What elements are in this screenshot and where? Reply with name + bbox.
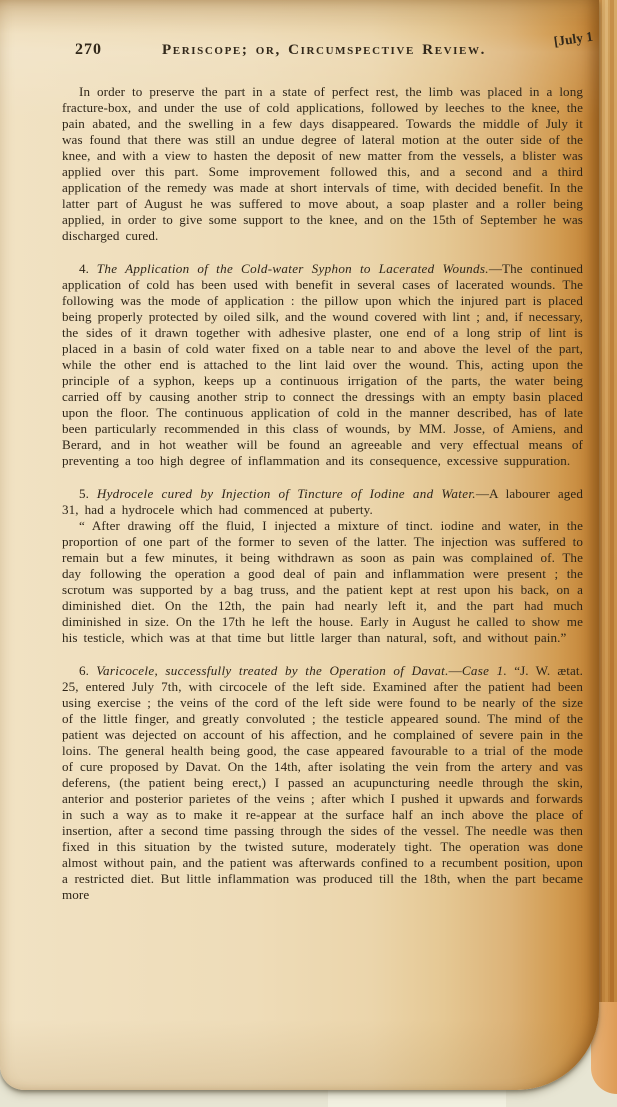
text-run: 5.: [79, 486, 97, 501]
section-title: Hydrocele cured by Injection of Tincture…: [97, 486, 476, 501]
text-run: In order to preserve the part in a state…: [62, 84, 583, 243]
paragraph: In order to preserve the part in a state…: [62, 84, 583, 244]
paragraph: “ After drawing off the fluid, I injecte…: [62, 518, 583, 646]
section-title: The Application of the Cold-water Syphon…: [97, 261, 489, 276]
page-header: 270 Periscope; or, Circumspective Review…: [62, 40, 586, 62]
paragraph: 5. Hydrocele cured by Injection of Tinct…: [62, 486, 583, 518]
body-text: In order to preserve the part in a state…: [62, 84, 583, 903]
text-run: 4.: [79, 261, 97, 276]
paragraph: 4. The Application of the Cold-water Syp…: [62, 261, 583, 469]
text-run: 6.: [79, 663, 96, 678]
book-page: 270 Periscope; or, Circumspective Review…: [0, 0, 599, 1090]
scanned-book-photo: 270 Periscope; or, Circumspective Review…: [0, 0, 617, 1107]
paragraph: 6. Varicocele, successfully treated by t…: [62, 663, 583, 903]
section-title: Varicocele, successfully treated by the …: [96, 663, 448, 678]
section-title: Case 1.: [462, 663, 507, 678]
text-run: “ After drawing off the fluid, I injecte…: [62, 518, 583, 645]
issue-date-label: [July 1: [552, 29, 593, 50]
scanner-bed-patch: [328, 1089, 506, 1107]
text-run: “J. W. ætat. 25, entered July 7th, with …: [62, 663, 583, 902]
text-run: —The continued application of cold has b…: [62, 261, 583, 468]
running-title: Periscope; or, Circumspective Review.: [62, 42, 586, 59]
text-run: —: [449, 663, 462, 678]
